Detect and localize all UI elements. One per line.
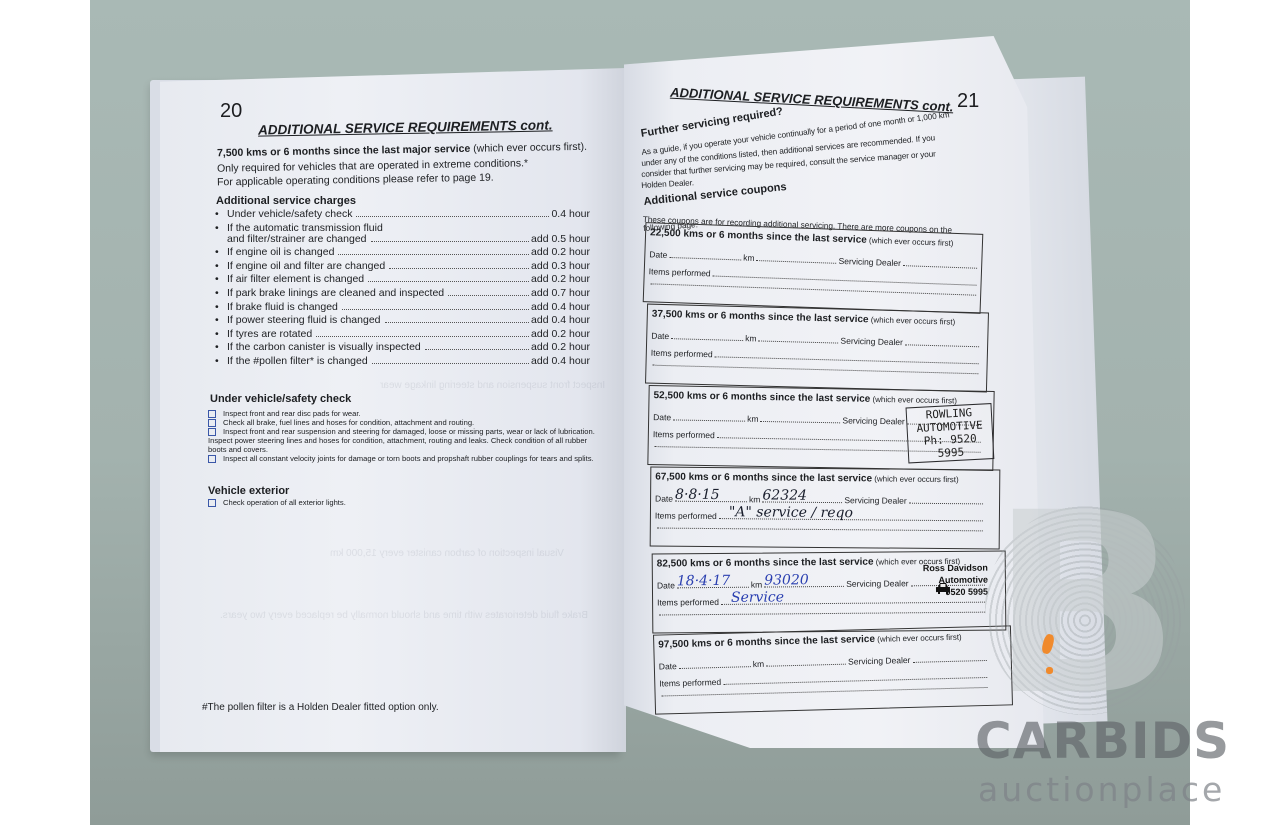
handwritten-items: "A" service / reqo <box>729 504 853 521</box>
dealer-label: Servicing Dealer <box>842 415 905 426</box>
date-field <box>679 659 751 669</box>
dealer-field <box>905 337 979 347</box>
items-field <box>715 349 979 364</box>
date-label: Date <box>657 580 675 590</box>
checkbox-icon <box>208 455 216 463</box>
km-label: km <box>743 253 755 263</box>
charge-row: •If brake fluid is changedadd 0.4 hour <box>215 301 590 313</box>
km-label: km <box>751 580 762 590</box>
dot-leader <box>338 246 529 255</box>
charge-row: •If the #pollen filter* is changedadd 0.… <box>215 355 590 367</box>
charge-row: •If park brake linings are cleaned and i… <box>215 287 590 299</box>
checkbox-icon <box>208 419 216 427</box>
coupon-heading: 22,500 kms or 6 months since the last se… <box>650 227 954 249</box>
stamp-line: Ross Davidson <box>923 562 988 575</box>
charge-label: If brake fluid is changed <box>227 301 338 313</box>
date-label: Date <box>655 494 673 504</box>
coupon-interval: 67,500 kms or 6 months since the last se… <box>655 472 872 485</box>
coupon-note: (which ever occurs first) <box>872 474 959 484</box>
charge-row: and filter/strainer are changedadd 0.5 h… <box>215 233 590 245</box>
bullet-icon: • <box>215 273 227 285</box>
checklist-text: Inspect all constant velocity joints for… <box>223 454 594 463</box>
date-label: Date <box>659 661 677 671</box>
charge-row: •If tyres are rotatedadd 0.2 hour <box>215 328 590 340</box>
checklist-item: Check all brake, fuel lines and hoses fo… <box>208 418 598 427</box>
dot-leader <box>448 287 529 296</box>
checklist-item: Check operation of all exterior lights. <box>208 498 598 507</box>
bullet-icon: • <box>215 208 227 220</box>
charge-row: •If power steering fluid is changedadd 0… <box>215 314 590 326</box>
charge-value: add 0.7 hour <box>531 287 590 299</box>
coupon-heading: 97,500 kms or 6 months since the last se… <box>658 632 962 651</box>
charge-value: add 0.4 hour <box>531 355 590 367</box>
watermark-brand: CARBIDS <box>975 712 1230 770</box>
km-field <box>757 253 837 264</box>
charge-value: 0.4 hour <box>551 208 590 220</box>
handwritten-km: 93020 <box>764 572 809 588</box>
pollen-footnote: #The pollen filter is a Holden Dealer fi… <box>202 702 439 713</box>
dot-leader <box>385 314 530 323</box>
checkbox-icon <box>208 499 216 507</box>
coupon-heading: 52,500 kms or 6 months since the last se… <box>653 390 957 406</box>
dot-leader <box>356 208 549 217</box>
checklist-text: Check operation of all exterior lights. <box>223 498 346 507</box>
date-field <box>671 331 743 341</box>
date-label: Date <box>653 412 671 422</box>
page-number-right: 21 <box>957 90 979 113</box>
coupon-note: (which ever occurs first) <box>870 395 957 406</box>
blank-line <box>657 528 983 532</box>
bullet-icon: • <box>215 287 227 299</box>
date-field <box>669 250 741 261</box>
charge-row: •If the carbon canister is visually insp… <box>215 341 590 353</box>
stamp-line: Ph: 9520 5995 <box>912 431 989 461</box>
coupon-heading: 37,500 kms or 6 months since the last se… <box>652 309 956 328</box>
dot-leader <box>425 341 529 350</box>
bullet-icon: • <box>215 341 227 353</box>
checkbox-icon <box>208 428 216 436</box>
blank-line <box>662 687 988 697</box>
car-icon <box>935 582 951 595</box>
service-coupon: 37,500 kms or 6 months since the last se… <box>645 304 989 393</box>
stamp-line: 9520 5995 <box>923 586 988 599</box>
dot-leader <box>371 233 530 242</box>
items-field <box>723 670 987 685</box>
service-coupon: 97,500 kms or 6 months since the last se… <box>653 625 1013 714</box>
charge-value: add 0.5 hour <box>531 233 590 245</box>
km-field <box>760 414 840 423</box>
exterior-heading: Vehicle exterior <box>208 485 289 497</box>
bullet-icon: • <box>215 246 227 258</box>
intro-rest: (which ever occurs first). <box>470 141 587 155</box>
watermark-sub: auctionplace <box>978 770 1225 809</box>
items-label: Items performed <box>651 348 713 360</box>
bullet-icon: • <box>215 314 227 326</box>
service-coupon: 52,500 kms or 6 months since the last se… <box>647 385 994 471</box>
charge-label: If air filter element is changed <box>227 273 364 285</box>
orange-mark <box>1046 667 1053 674</box>
handwritten-date: 18·4·17 <box>677 573 731 589</box>
bleed-through-text: Brake fluid deteriorates with time and s… <box>220 610 588 621</box>
checklist-item: Inspect front and rear disc pads for wea… <box>208 409 598 418</box>
handwritten-date: 8·8·15 <box>675 487 720 503</box>
items-label: Items performed <box>657 597 719 608</box>
checklist-item: Inspect front and rear suspension and st… <box>208 427 598 454</box>
safety-heading: Under vehicle/safety check <box>210 393 351 405</box>
coupon-items-row: Items performed"A" service / reqo <box>655 511 985 524</box>
bullet-icon: • <box>215 260 227 272</box>
dot-leader <box>316 328 529 337</box>
charge-value: add 0.3 hour <box>531 260 590 272</box>
bleed-through-text: Visual inspection of carbon canister eve… <box>330 548 564 559</box>
stamp-line: Automotive <box>923 574 988 587</box>
checklist-item: Inspect all constant velocity joints for… <box>208 454 598 463</box>
coupon-date-row: DatekmServicing Dealer <box>659 653 989 672</box>
charge-label: Under vehicle/safety check <box>227 208 352 220</box>
coupon-interval: 97,500 kms or 6 months since the last se… <box>658 634 875 651</box>
service-coupon: 22,500 kms or 6 months since the last se… <box>643 222 984 314</box>
date-field: 8·8·15 <box>675 494 747 503</box>
bleed-through-text: Inspect front suspension and steering li… <box>380 380 605 391</box>
dealer-field <box>909 496 983 505</box>
ross-davidson-dealer-stamp: Ross DavidsonAutomotive9520 5995 <box>923 562 988 599</box>
checklist-text: Check all brake, fuel lines and hoses fo… <box>223 418 474 427</box>
charge-label: If tyres are rotated <box>227 328 312 340</box>
km-label: km <box>749 494 760 504</box>
dealer-label: Servicing Dealer <box>848 655 911 667</box>
coupon-note: (which ever occurs first) <box>867 236 954 248</box>
dot-leader <box>372 355 529 364</box>
items-label: Items performed <box>659 677 721 689</box>
coupon-note: (which ever occurs first) <box>868 315 955 326</box>
page-number-left: 20 <box>220 100 242 123</box>
blank-line <box>659 612 985 616</box>
coupon-interval: 52,500 kms or 6 months since the last se… <box>653 390 870 405</box>
date-label: Date <box>649 249 667 260</box>
km-field: 62324 <box>762 494 842 503</box>
coupon-interval: 82,500 kms or 6 months since the last se… <box>657 557 874 570</box>
dealer-field <box>903 258 978 269</box>
items-field <box>713 269 977 286</box>
charge-row: •Under vehicle/safety check0.4 hour <box>215 208 590 220</box>
dealer-field <box>912 653 986 663</box>
dealer-label: Servicing Dealer <box>846 578 908 589</box>
rowling-dealer-stamp: ROWLINGAUTOMOTIVEPh: 9520 5995 <box>906 403 995 463</box>
charge-label: If the carbon canister is visually inspe… <box>227 341 421 353</box>
coupon-heading: 82,500 kms or 6 months since the last se… <box>657 556 961 570</box>
km-field <box>758 333 838 343</box>
coupon-heading: 67,500 kms or 6 months since the last se… <box>655 472 959 486</box>
km-label: km <box>747 414 759 424</box>
items-field: "A" service / reqo <box>719 511 983 521</box>
coupon-blank-row <box>660 687 990 699</box>
charge-label: and filter/strainer are changed <box>227 233 367 245</box>
charge-label: If power steering fluid is changed <box>227 314 381 326</box>
charge-label: If the #pollen filter* is changed <box>227 355 368 367</box>
coupon-blank-row <box>657 612 987 618</box>
date-field <box>673 412 745 421</box>
checklist-text: Inspect front and rear suspension and st… <box>208 427 595 454</box>
bullet-icon: • <box>215 355 227 367</box>
items-label: Items performed <box>655 511 717 522</box>
dot-leader <box>368 273 529 282</box>
charge-value: add 0.4 hour <box>531 314 590 326</box>
charge-row: •If engine oil is changedadd 0.2 hour <box>215 246 590 258</box>
charge-label: If park brake linings are cleaned and in… <box>227 287 444 299</box>
dealer-label: Servicing Dealer <box>844 495 906 506</box>
items-label: Items performed <box>653 429 715 440</box>
bullet-icon: • <box>215 328 227 340</box>
service-coupon: 82,500 kms or 6 months since the last se… <box>652 550 1007 633</box>
dealer-label: Servicing Dealer <box>840 336 903 348</box>
km-field <box>766 657 846 667</box>
coupon-blank-row <box>655 528 985 534</box>
blank-line <box>652 365 978 375</box>
charge-value: add 0.4 hour <box>531 301 590 313</box>
handwritten-items: Service <box>731 589 784 605</box>
dot-leader <box>389 260 529 269</box>
km-field: 93020 <box>764 579 844 588</box>
date-field: 18·4·17 <box>677 580 749 589</box>
charge-label: If engine oil and filter are changed <box>227 260 385 272</box>
dealer-label: Servicing Dealer <box>838 256 901 268</box>
charge-row: •If air filter element is changedadd 0.2… <box>215 273 590 285</box>
coupon-blank-row <box>650 365 980 377</box>
charges-heading: Additional service charges <box>216 195 356 207</box>
bullet-icon: • <box>215 301 227 313</box>
dot-leader <box>342 301 529 310</box>
watermark-letter: B <box>990 505 1181 705</box>
service-coupon: 67,500 kms or 6 months since the last se… <box>650 466 1001 549</box>
km-label: km <box>745 333 757 343</box>
charge-value: add 0.2 hour <box>531 246 590 258</box>
coupon-items-row: Items performed <box>651 348 981 367</box>
coupon-interval: 37,500 kms or 6 months since the last se… <box>652 309 869 326</box>
handwritten-km: 62324 <box>762 487 807 503</box>
checklist-text: Inspect front and rear disc pads for wea… <box>223 409 361 418</box>
charge-value: add 0.2 hour <box>531 328 590 340</box>
charge-value: add 0.2 hour <box>531 273 590 285</box>
charge-label: If engine oil is changed <box>227 246 334 258</box>
checkbox-icon <box>208 410 216 418</box>
date-label: Date <box>651 331 669 341</box>
coupon-items-row: Items performed <box>659 670 989 689</box>
bullet-spacer <box>215 233 227 245</box>
km-label: km <box>753 659 765 669</box>
charge-row: •If engine oil and filter are changedadd… <box>215 260 590 272</box>
items-label: Items performed <box>649 266 711 278</box>
charge-value: add 0.2 hour <box>531 341 590 353</box>
coupon-date-row: DatekmServicing Dealer <box>651 331 981 350</box>
coupon-interval: 22,500 kms or 6 months since the last se… <box>650 227 867 246</box>
coupon-note: (which ever occurs first) <box>875 633 962 644</box>
